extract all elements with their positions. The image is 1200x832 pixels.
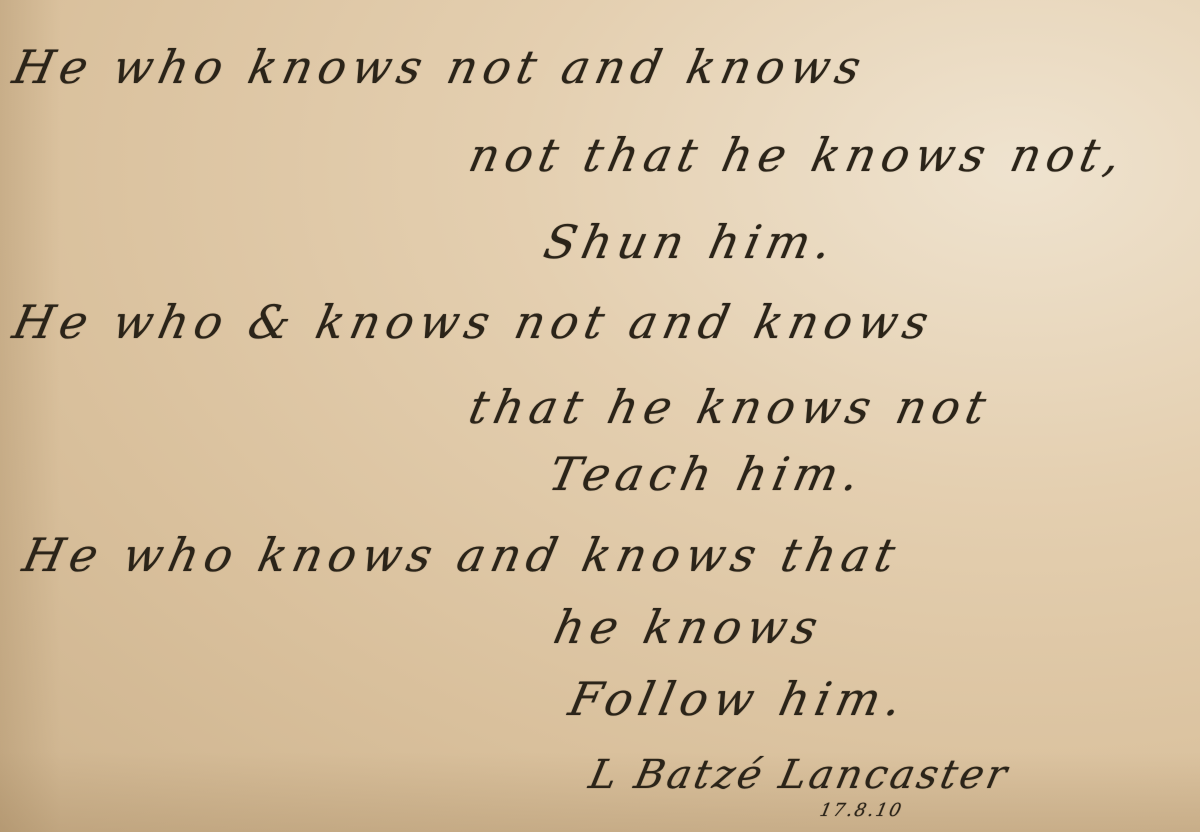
poem-line-9: Follow him. xyxy=(564,672,912,726)
poem-line-3: Shun him. xyxy=(539,215,842,269)
poem-line-7: He who knows and knows that xyxy=(18,528,905,582)
date: 17.8.10 xyxy=(818,800,905,821)
poem-line-1: He who knows not and knows xyxy=(8,40,871,94)
poem-line-6: Teach him. xyxy=(544,447,870,501)
paper-edge-shadow xyxy=(0,0,60,832)
poem-line-5: that he knows not xyxy=(464,380,996,434)
poem-line-2: not that he knows not, xyxy=(464,128,1131,182)
line-4-rest: knows not and knows xyxy=(290,295,939,349)
signature: L Batzé Lancaster xyxy=(585,752,1014,798)
paper-background: He who knows not and knows not that he k… xyxy=(0,0,1200,832)
line-4-prefix: He who xyxy=(8,295,255,349)
poem-line-4: He who & knows not and knows xyxy=(8,295,939,349)
poem-line-8: he knows xyxy=(549,600,828,654)
